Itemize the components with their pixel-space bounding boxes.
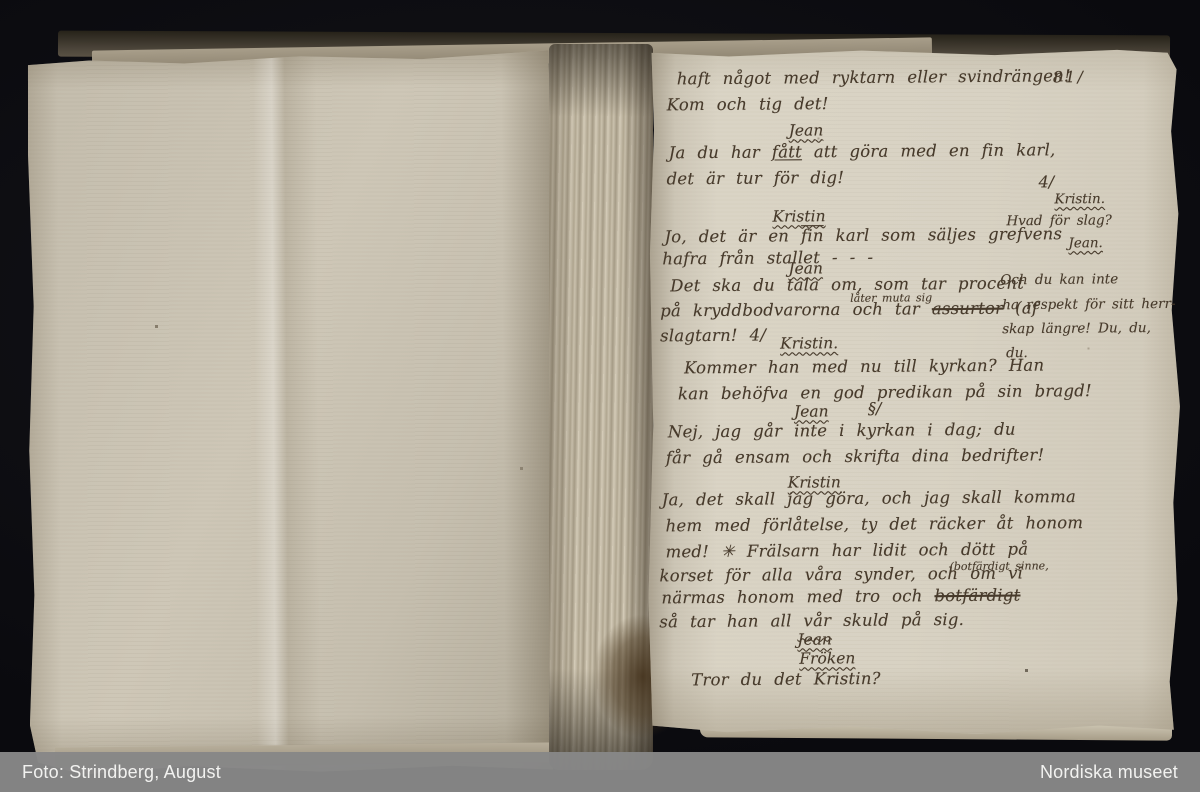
manuscript-line: Och du kan inte [1000, 273, 1118, 287]
manuscript-line: Fröken [799, 651, 855, 667]
manuscript-line: slagtarn! 4/ [660, 328, 766, 345]
manuscript-line: så tar han all vår skuld på sig. [659, 612, 964, 631]
left-blank-page [26, 50, 558, 775]
photo-background: 81/haft något med ryktarn eller svindrän… [0, 0, 1200, 792]
manuscript-line: Jean [789, 123, 824, 139]
manuscript-line: Nej, jag går inte i kyrkan i dag; du [668, 422, 1016, 441]
manuscript-line: Kristin. [1054, 193, 1105, 207]
manuscript-line: ha respekt för sitt herr- [1002, 298, 1175, 313]
photo-credit-label: Foto: Strindberg, August [22, 762, 221, 783]
manuscript-line: Jean. [1068, 237, 1103, 251]
manuscript-line: Kom och tig det! [667, 96, 829, 114]
manuscript-line: Jean [797, 632, 832, 648]
manuscript-line: på kryddbodvarorna och tar assurtor (af [660, 300, 1038, 319]
manuscript-line: Ja, det skall jag göra, och jag skall ko… [662, 489, 1076, 509]
manuscript-line: Kristin [772, 209, 825, 225]
manuscript-line: §/ [868, 401, 882, 417]
manuscript-line: Ja du har fått att göra med en fin karl, [669, 142, 1056, 162]
manuscript-line: Kommer han med nu till kyrkan? Han [684, 358, 1044, 377]
manuscript-line: får gå ensam och skrifta dina bedrifter! [666, 447, 1045, 466]
manuscript-line: Kristin. [780, 336, 838, 352]
manuscript-line: hafra från stallet - - - [662, 250, 873, 268]
manuscript-line: med! ✳ Frälsarn har lidit och dött på [666, 542, 1029, 561]
manuscript-line: Det ska du tala om, som tar procent [670, 276, 1024, 295]
manuscript-line: haft något med ryktarn eller svindrängen… [677, 68, 1071, 88]
manuscript-line: kan behöfva en god predikan på sin bragd… [678, 383, 1092, 403]
manuscript-line: Jo, det är en fin karl som säljes grefve… [664, 226, 1062, 246]
manuscript-text: 81/haft något med ryktarn eller svindrän… [647, 47, 1181, 736]
caption-bar: Foto: Strindberg, August Nordiska museet [0, 752, 1200, 792]
manuscript-line: närmas honom med tro och botfärdigt [661, 588, 1020, 607]
manuscript-line: Tror du det Kristin? [691, 671, 881, 689]
manuscript-line: skap längre! Du, du, [1002, 322, 1151, 337]
manuscript-line: hem med förlåtelse, ty det räcker åt hon… [666, 515, 1084, 535]
museum-credit-label: Nordiska museet [1040, 762, 1178, 783]
manuscript-line: Jean [794, 404, 829, 420]
manuscript-line: 4/ [1038, 174, 1054, 190]
manuscript-line: det är tur för dig! [666, 170, 844, 188]
paper-specks [28, 52, 29, 53]
manuscript-line: (botfärdigt sinne, [949, 560, 1048, 572]
